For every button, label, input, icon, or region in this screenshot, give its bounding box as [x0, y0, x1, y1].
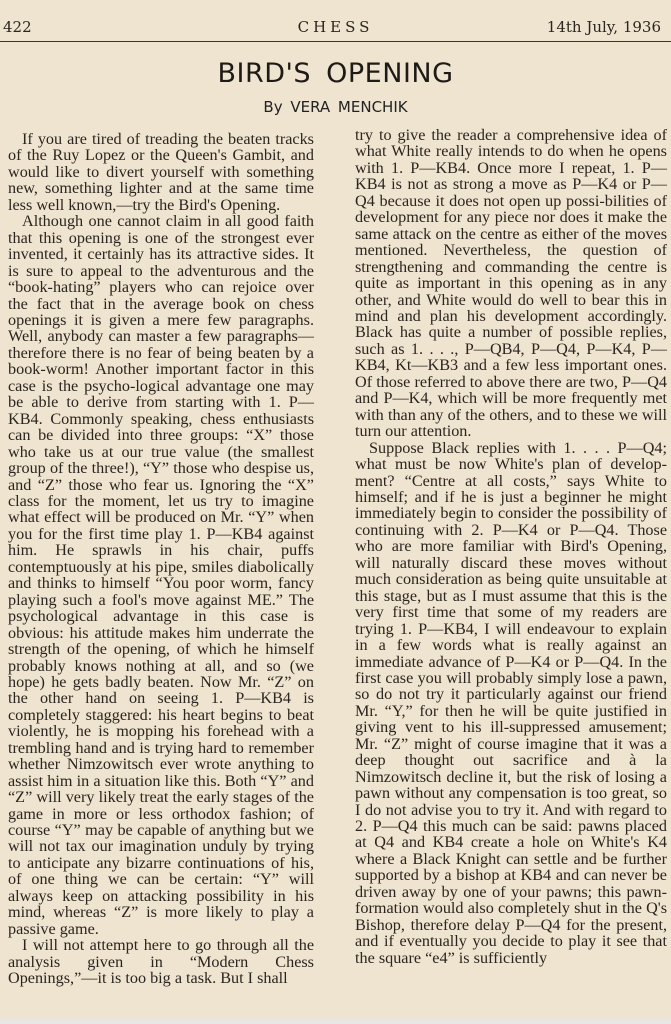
- paragraph: Suppose Black replies with 1. . . . P—Q4…: [355, 440, 667, 967]
- article-title: BIRD'S OPENING: [0, 58, 671, 89]
- right-column: try to give the reader a comprehensive i…: [355, 127, 667, 966]
- page-header: 422 CHESS 14th July, 1936: [0, 0, 671, 42]
- scan-edge: [0, 1018, 671, 1024]
- paragraph: If you are tired of treading the beaten …: [8, 131, 314, 213]
- issue-date: 14th July, 1936: [547, 18, 661, 36]
- paragraph: I will not attempt here to go through al…: [8, 937, 314, 986]
- byline: By VERA MENCHIK: [0, 98, 671, 116]
- paragraph-continued: try to give the reader a comprehensive i…: [355, 127, 667, 440]
- paragraph: Although one cannot claim in all good fa…: [8, 213, 314, 937]
- left-column: If you are tired of treading the beaten …: [8, 131, 314, 987]
